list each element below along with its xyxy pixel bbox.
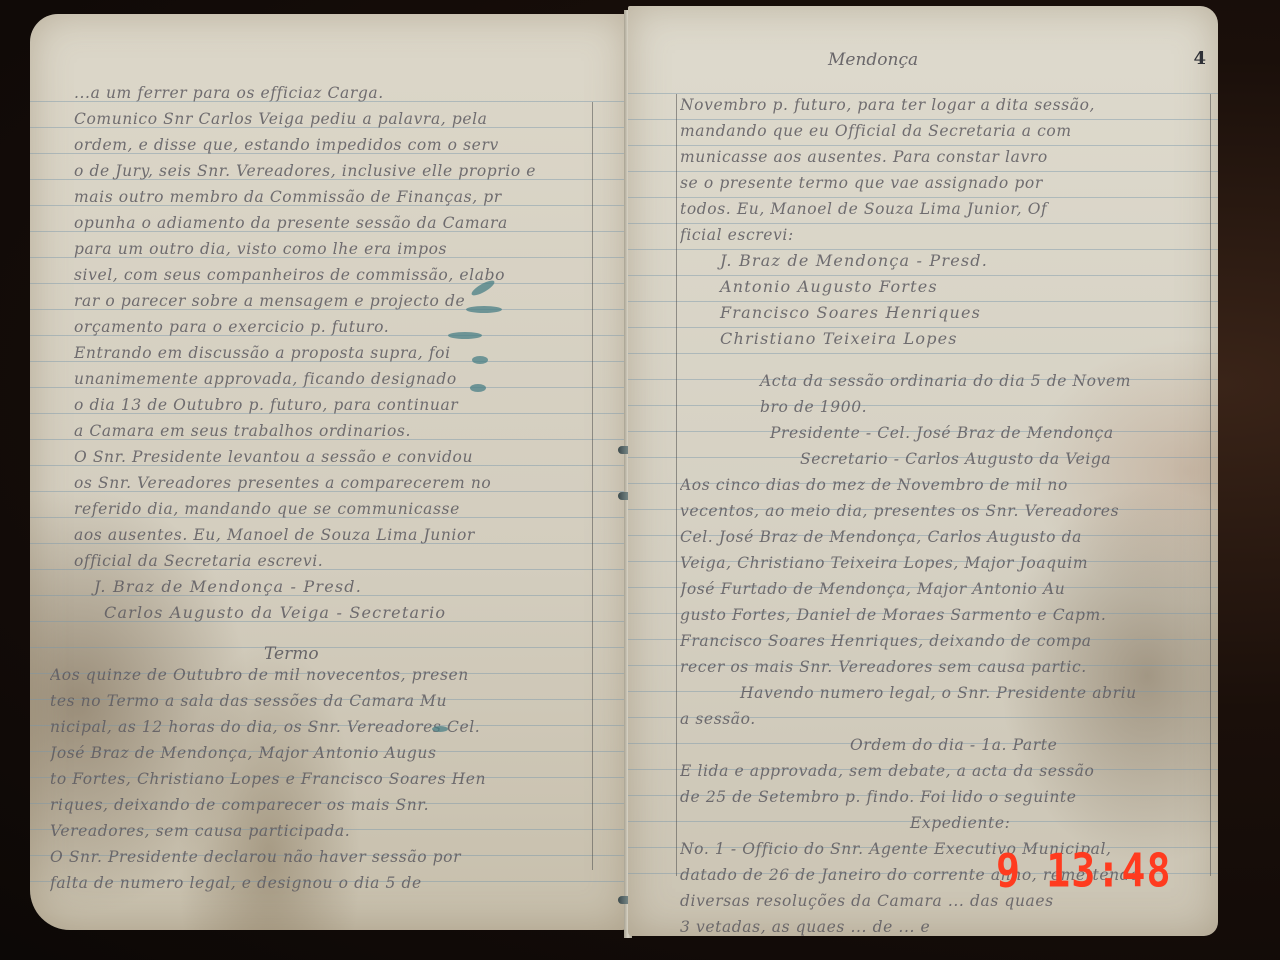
text-line: mandando que eu Official da Secretaria a… [680,118,1140,144]
text-line: O Snr. Presidente declarou não haver ses… [50,844,486,870]
text-line: riques, deixando de comparecer os mais S… [50,792,486,818]
text-line: tes no Termo a sala das sessões da Camar… [50,688,486,714]
left-page: ...a um ferrer para os efficiaz Carga. C… [30,14,628,930]
text-line: Vereadores, sem causa participada. [50,818,486,844]
signature: Francisco Soares Henriques [680,300,1140,326]
text-line: José Furtado de Mendonça, Major Antonio … [680,576,1140,602]
text-line: Francisco Soares Henriques, deixando de … [680,628,1140,654]
text-line: to Fortes, Christiano Lopes e Francisco … [50,766,486,792]
left-margin-line [676,94,677,876]
text-line: Entrando em discussão a proposta supra, … [74,340,536,366]
text-line: O Snr. Presidente levantou a sessão e co… [74,444,536,470]
ordem-do-dia-title: Ordem do dia - 1a. Parte [680,732,1140,758]
text-line: official da Secretaria escrevi. [74,548,536,574]
text-line: Aos quinze de Outubro de mil novecentos,… [50,662,486,688]
right-margin-line [1210,94,1211,876]
ink-blot [448,332,482,339]
text-line: ficial escrevi: [680,222,1140,248]
ink-blot [472,356,488,364]
text-line: E lida e approvada, sem debate, a acta d… [680,758,1140,784]
text-line: vecentos, ao meio dia, presentes os Snr.… [680,498,1140,524]
ink-blot [432,726,448,732]
text-line: referido dia, mandando que se communicas… [74,496,536,522]
expediente-title: Expediente: [680,810,1140,836]
text-line: o de Jury, seis Snr. Vereadores, inclusi… [74,158,536,184]
page-number: 4 [1193,48,1206,69]
text-line: a Camara em seus trabalhos ordinarios. [74,418,536,444]
left-page-termo-text: Aos quinze de Outubro de mil novecentos,… [50,662,486,896]
right-margin-line [592,102,593,870]
right-page-text: Novembro p. futuro, para ter logar a dit… [680,92,1140,936]
text-line: José Braz de Mendonça, Major Antonio Aug… [50,740,486,766]
left-page-text: ...a um ferrer para os efficiaz Carga. C… [74,80,536,626]
text-line: nicipal, as 12 horas do dia, os Snr. Ver… [50,714,486,740]
secretario-line: Secretario - Carlos Augusto da Veiga [680,446,1140,472]
text-line: o dia 13 de Outubro p. futuro, para cont… [74,392,536,418]
text-line: 3 vetadas, as quaes ... de ... e [680,914,1140,936]
signature: Christiano Teixeira Lopes [680,326,1140,352]
right-page: Mendonça 4 Novembro p. futuro, para ter … [628,6,1218,936]
text-line: Comunico Snr Carlos Veiga pediu a palavr… [74,106,536,132]
text-line: mais outro membro da Commissão de Finanç… [74,184,536,210]
ink-blot [470,384,486,392]
acta-title: bro de 1900. [680,394,1140,420]
text-line: sivel, com seus companheiros de commissã… [74,262,536,288]
ink-blot [466,306,502,313]
signature: Carlos Augusto da Veiga - Secretario [74,600,536,626]
section-title-termo: Termo [264,644,319,664]
text-line: ...a um ferrer para os efficiaz Carga. [74,80,536,106]
text-line: de 25 de Setembro p. findo. Foi lido o s… [680,784,1140,810]
page-header: Mendonça [828,50,918,70]
text-line: Veiga, Christiano Teixeira Lopes, Major … [680,550,1140,576]
signature: J. Braz de Mendonça - Presd. [680,248,1140,274]
text-line: Aos cinco dias do mez de Novembro de mil… [680,472,1140,498]
text-line: todos. Eu, Manoel de Souza Lima Junior, … [680,196,1140,222]
text-line: municasse aos ausentes. Para constar lav… [680,144,1140,170]
text-line: ordem, e disse que, estando impedidos co… [74,132,536,158]
text-line: aos ausentes. Eu, Manoel de Souza Lima J… [74,522,536,548]
text-line: a sessão. [680,706,1140,732]
text-line: opunha o adiamento da presente sessão da… [74,210,536,236]
signature: J. Braz de Mendonça - Presd. [74,574,536,600]
acta-title: Acta da sessão ordinaria do dia 5 de Nov… [680,368,1140,394]
text-line: para um outro dia, visto como lhe era im… [74,236,536,262]
text-line: Havendo numero legal, o Snr. Presidente … [680,680,1140,706]
signature: Antonio Augusto Fortes [680,274,1140,300]
text-line: recer os mais Snr. Vereadores sem causa … [680,654,1140,680]
text-line: unanimemente approvada, ficando designad… [74,366,536,392]
text-line: se o presente termo que vae assignado po… [680,170,1140,196]
text-line: Novembro p. futuro, para ter logar a dit… [680,92,1140,118]
text-line: Cel. José Braz de Mendonça, Carlos Augus… [680,524,1140,550]
presidente-line: Presidente - Cel. José Braz de Mendonça [680,420,1140,446]
camera-timestamp: 9 13:48 [996,845,1172,898]
text-line: falta de numero legal, e designou o dia … [50,870,486,896]
text-line: os Snr. Vereadores presentes a comparece… [74,470,536,496]
text-line: gusto Fortes, Daniel de Moraes Sarmento … [680,602,1140,628]
